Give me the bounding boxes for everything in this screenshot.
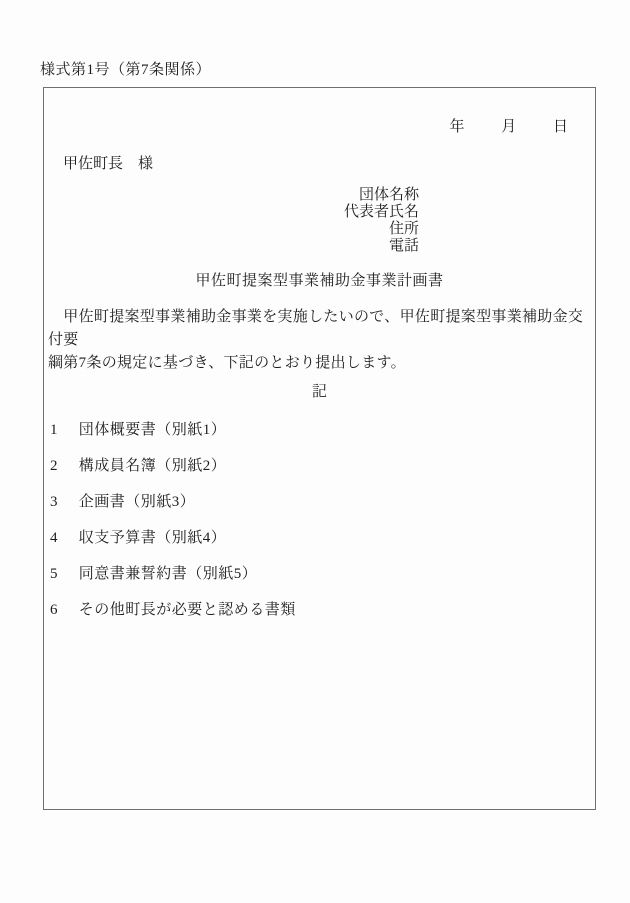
body-line: 甲佐町提案型事業補助金事業を実施したいので、甲佐町提案型事業補助金交付要 [48, 306, 591, 352]
attachment-number: 6 [50, 601, 62, 619]
attachment-label: 同意書兼誓約書（別紙5） [79, 566, 258, 582]
attachment-number: 2 [50, 457, 62, 475]
addressee-line: 甲佐町長 様 [44, 155, 595, 173]
sender-field-phone: 電話 [44, 238, 419, 255]
attachment-number: 3 [50, 493, 62, 511]
attachment-item: 5 同意書兼誓約書（別紙5） [50, 565, 595, 583]
form-number-label: 様式第1号（第7条関係） [40, 58, 211, 79]
date-day-label: 日 [553, 119, 569, 135]
attachment-number: 5 [50, 565, 62, 583]
sender-field-address: 住所 [44, 221, 419, 238]
date-month-label: 月 [501, 119, 517, 135]
attachment-item: 1 団体概要書（別紙1） [50, 421, 595, 439]
attachment-item: 2 構成員名簿（別紙2） [50, 457, 595, 475]
document-title: 甲佐町提案型事業補助金事業計画書 [44, 272, 595, 290]
date-year-label: 年 [449, 119, 465, 135]
body-line: 綱第7条の規定に基づき、下記のとおり提出します。 [48, 352, 591, 375]
sender-field-organization-name: 団体名称 [44, 187, 419, 204]
attachment-number: 4 [50, 529, 62, 547]
attachment-label: 構成員名簿（別紙2） [79, 458, 227, 474]
note-heading: 記 [44, 383, 595, 401]
form-page: 様式第1号（第7条関係） 年 月 日 甲佐町長 様 団体名称 代表者氏名 住所 … [0, 0, 630, 903]
date-line: 年 月 日 [44, 118, 595, 136]
attachment-item: 4 収支予算書（別紙4） [50, 529, 595, 547]
sender-field-representative-name: 代表者氏名 [44, 204, 419, 221]
attachment-item: 6 その他町長が必要と認める書類 [50, 601, 595, 619]
attachment-number: 1 [50, 421, 62, 439]
attachment-label: その他町長が必要と認める書類 [79, 602, 296, 618]
attachment-list: 1 団体概要書（別紙1） 2 構成員名簿（別紙2） 3 企画書（別紙3） 4 収… [44, 421, 595, 619]
body-paragraph: 甲佐町提案型事業補助金事業を実施したいので、甲佐町提案型事業補助金交付要 綱第7… [44, 306, 595, 375]
attachment-label: 団体概要書（別紙1） [79, 422, 227, 438]
document-frame: 年 月 日 甲佐町長 様 団体名称 代表者氏名 住所 電話 甲佐町提案型事業補助… [43, 87, 596, 810]
attachment-label: 企画書（別紙3） [79, 494, 196, 510]
attachment-label: 収支予算書（別紙4） [79, 530, 227, 546]
sender-block: 団体名称 代表者氏名 住所 電話 [44, 187, 595, 255]
attachment-item: 3 企画書（別紙3） [50, 493, 595, 511]
